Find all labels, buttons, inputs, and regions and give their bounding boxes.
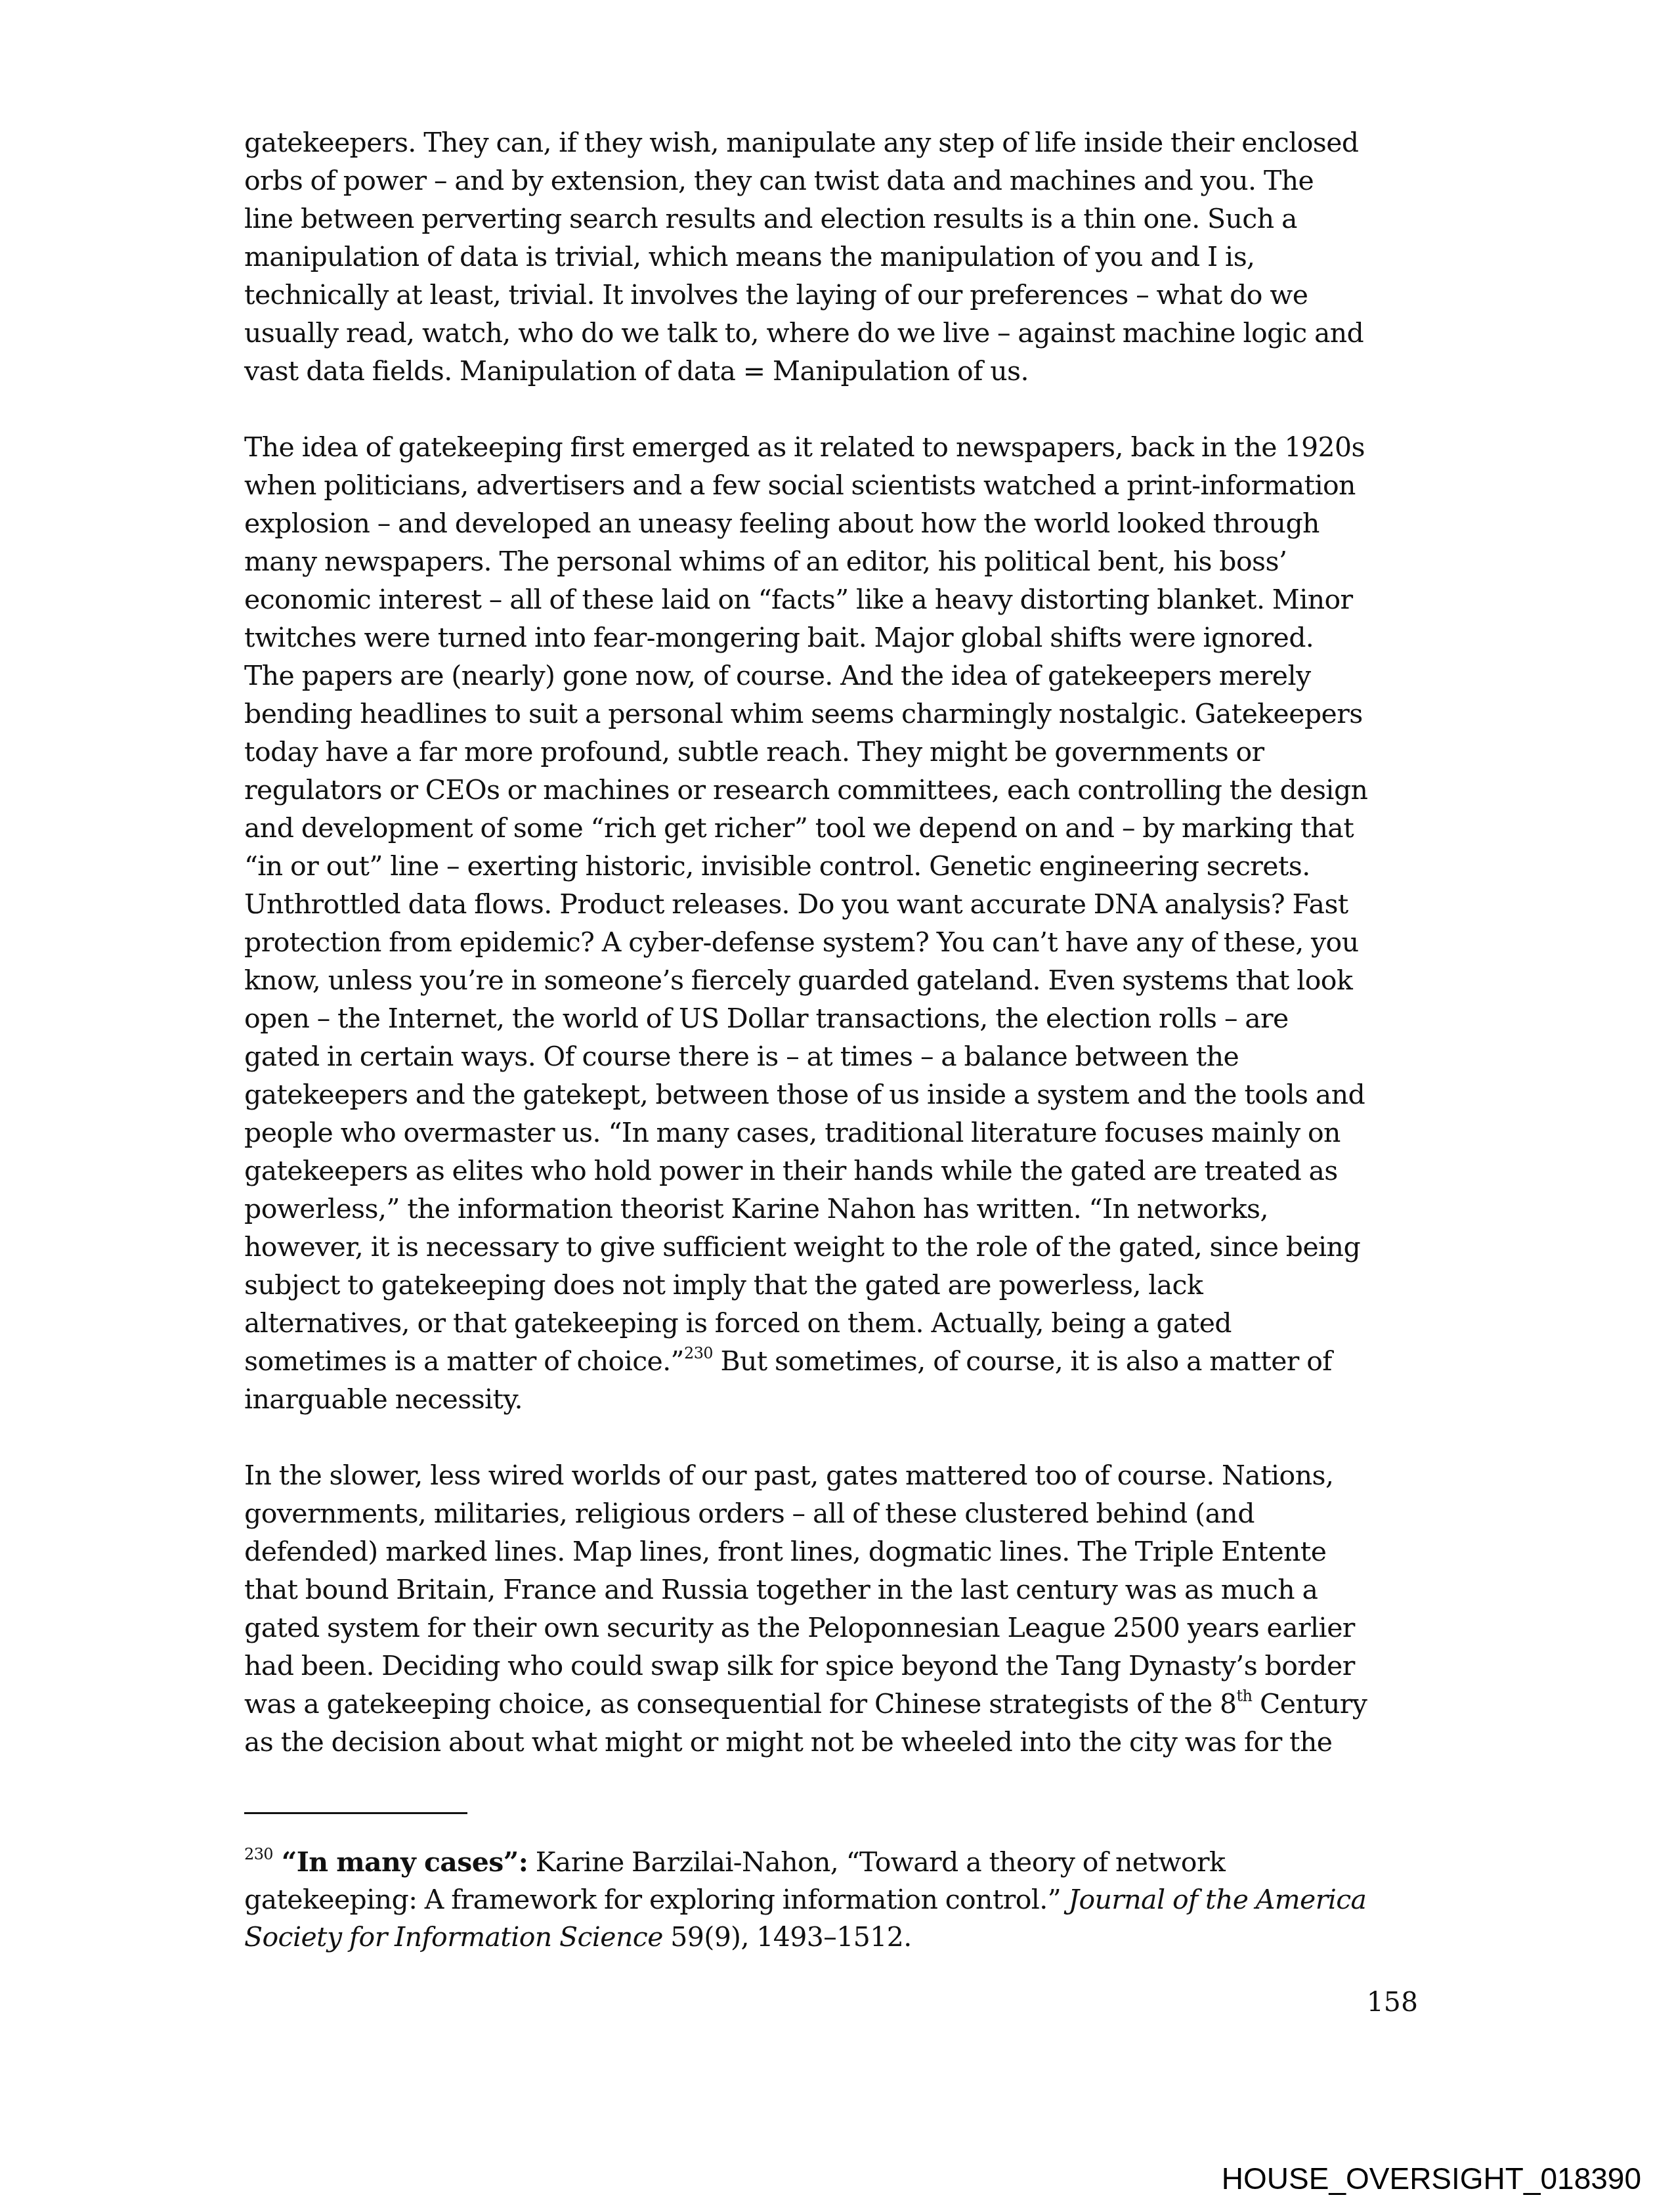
text-line: “in or out” line – exerting historic, in… — [244, 847, 1426, 885]
text-line: alternatives, or that gatekeeping is for… — [244, 1304, 1426, 1342]
text-line: The idea of gatekeeping first emerged as… — [244, 428, 1426, 466]
text-line: however, it is necessary to give suffici… — [244, 1228, 1426, 1266]
text-line: vast data fields. Manipulation of data =… — [244, 352, 1426, 390]
footnote-journal-title: Journal of the America — [1069, 1884, 1367, 1915]
footnote-close-quote: ”: — [504, 1846, 528, 1878]
text-line: people who overmaster us. “In many cases… — [244, 1114, 1426, 1152]
footnote-open-quote: “ — [273, 1846, 297, 1878]
text-segment: Century — [1252, 1688, 1367, 1720]
text-line: governments, militaries, religious order… — [244, 1494, 1426, 1532]
text-segment: sometimes is a matter of choice.” — [244, 1345, 684, 1377]
body-text: gatekeepers. They can, if they wish, man… — [244, 123, 1426, 1799]
ordinal-superscript: th — [1237, 1687, 1253, 1705]
text-line: as the decision about what might or migh… — [244, 1723, 1426, 1761]
text-line: The papers are (nearly) gone now, of cou… — [244, 657, 1426, 695]
text-line: open – the Internet, the world of US Dol… — [244, 999, 1426, 1037]
text-line: orbs of power – and by extension, they c… — [244, 162, 1426, 200]
bates-stamp: HOUSE_OVERSIGHT_018390 — [1182, 2160, 1641, 2197]
text-line-with-footnote-ref: sometimes is a matter of choice.”230 But… — [244, 1342, 1426, 1380]
footnote-number: 230 — [244, 1845, 273, 1863]
paragraph-2: The idea of gatekeeping first emerged as… — [244, 428, 1426, 1418]
text-line: usually read, watch, who do we talk to, … — [244, 314, 1426, 352]
document-page: gatekeepers. They can, if they wish, man… — [0, 0, 1674, 2212]
paragraph-3: In the slower, less wired worlds of our … — [244, 1456, 1426, 1761]
text-line: bending headlines to suit a personal whi… — [244, 695, 1426, 733]
text-line: subject to gatekeeping does not imply th… — [244, 1266, 1426, 1304]
text-line: manipulation of data is trivial, which m… — [244, 238, 1426, 276]
text-line: know, unless you’re in someone’s fiercel… — [244, 961, 1426, 999]
text-line: twitches were turned into fear-mongering… — [244, 618, 1426, 657]
text-line: line between perverting search results a… — [244, 200, 1426, 238]
footnote-journal-title: Society for Information Science — [244, 1921, 663, 1953]
text-line: gated in certain ways. Of course there i… — [244, 1037, 1426, 1075]
text-line: regulators or CEOs or machines or resear… — [244, 771, 1426, 809]
text-line: had been. Deciding who could swap silk f… — [244, 1647, 1426, 1685]
text-line: explosion – and developed an uneasy feel… — [244, 504, 1426, 542]
text-line: and development of some “rich get richer… — [244, 809, 1426, 847]
text-line: when politicians, advertisers and a few … — [244, 466, 1426, 504]
footnote-text: gatekeeping: A framework for exploring i… — [244, 1884, 1069, 1915]
text-line: many newspapers. The personal whims of a… — [244, 542, 1426, 580]
text-line-with-superscript: was a gatekeeping choice, as consequenti… — [244, 1685, 1426, 1723]
footnote-line: 230 “In many cases”: Karine Barzilai-Nah… — [244, 1844, 1426, 1881]
page-number: 158 — [1352, 1983, 1418, 2021]
text-line: that bound Britain, France and Russia to… — [244, 1571, 1426, 1609]
text-line: gatekeepers and the gatekept, between th… — [244, 1075, 1426, 1114]
text-line: Unthrottled data flows. Product releases… — [244, 885, 1426, 923]
text-segment: But sometimes, of course, it is also a m… — [713, 1345, 1332, 1377]
text-segment: was a gatekeeping choice, as consequenti… — [244, 1688, 1237, 1720]
text-line: technically at least, trivial. It involv… — [244, 276, 1426, 314]
text-line: defended) marked lines. Map lines, front… — [244, 1532, 1426, 1571]
text-line: gated system for their own security as t… — [244, 1609, 1426, 1647]
text-line: gatekeepers as elites who hold power in … — [244, 1152, 1426, 1190]
footnote-line: gatekeeping: A framework for exploring i… — [244, 1881, 1426, 1919]
text-line: gatekeepers. They can, if they wish, man… — [244, 123, 1426, 162]
footnote-divider — [244, 1812, 467, 1814]
paragraph-1: gatekeepers. They can, if they wish, man… — [244, 123, 1426, 390]
footnote-line: Society for Information Science 59(9), 1… — [244, 1919, 1426, 1956]
footnote-reference[interactable]: 230 — [684, 1344, 713, 1362]
footnote-citation: 59(9), 1493–1512. — [663, 1921, 912, 1953]
text-line: inarguable necessity. — [244, 1380, 1426, 1418]
text-line: powerless,” the information theorist Kar… — [244, 1190, 1426, 1228]
text-line: economic interest – all of these laid on… — [244, 580, 1426, 618]
text-line: In the slower, less wired worlds of our … — [244, 1456, 1426, 1494]
footnote-230: 230 “In many cases”: Karine Barzilai-Nah… — [244, 1844, 1426, 1956]
text-line: protection from epidemic? A cyber-defens… — [244, 923, 1426, 961]
text-line: today have a far more profound, subtle r… — [244, 733, 1426, 771]
footnote-label: In many cases — [297, 1846, 504, 1878]
footnote-text: Karine Barzilai-Nahon, “Toward a theory … — [528, 1846, 1225, 1878]
